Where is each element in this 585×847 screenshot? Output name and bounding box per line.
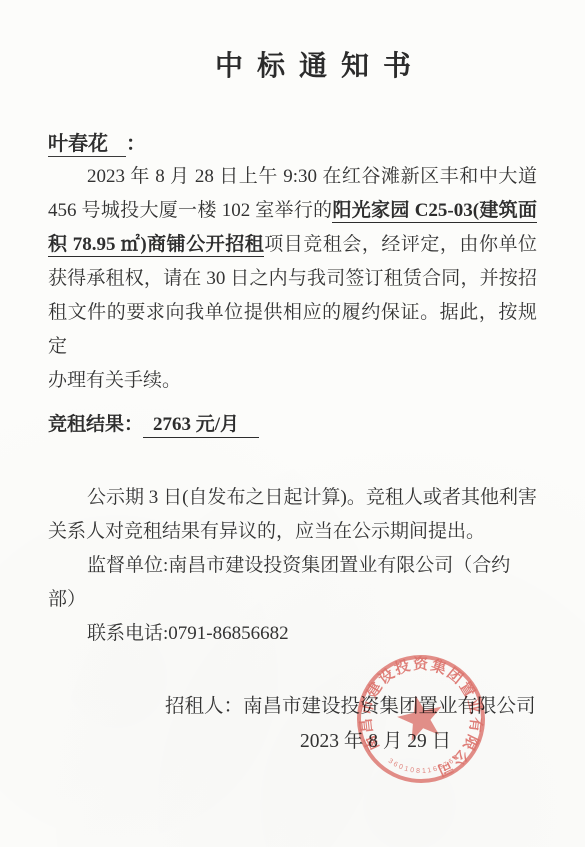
supervisor-line: 监督单位:南昌市建设投资集团置业有限公司（合约部） xyxy=(48,549,537,617)
body-line-3: 积 78.95 ㎡)商铺公开招租项目竞租会，经评定，由你单位 xyxy=(48,228,537,262)
seal-star-icon xyxy=(393,690,447,743)
rent-result-label: 竞租结果： xyxy=(48,414,143,435)
rent-result-line: 竞租结果：2763 元/月 xyxy=(48,408,537,442)
body-line-2-normal: 456 号城投大厦一楼 102 室举行的 xyxy=(48,200,332,221)
rent-result-value: 2763 元/月 xyxy=(143,414,259,438)
document-title: 中标通知书 xyxy=(215,52,425,82)
body-line-3-emphasis: 积 78.95 ㎡)商铺公开招租 xyxy=(48,234,264,257)
recipient-line: 叶春花： xyxy=(48,127,537,161)
recipient-name: 叶春花 xyxy=(48,133,126,157)
company-seal-stamp: 南昌市建设投资集团置业有限公司 3601081165760 xyxy=(336,634,506,804)
body-line-5: 租文件的要求向我单位提供相应的履约保证。据此，按规定 xyxy=(48,296,537,364)
body-line-4: 获得承租权，请在 30 日之内与我司签订租赁合同，并按招 xyxy=(48,262,537,296)
publicity-line-1: 公示期 3 日(自发布之日起计算)。竞租人或者其他利害 xyxy=(48,481,537,515)
recipient-colon: ： xyxy=(126,133,146,155)
notice-document: 中标通知书 叶春花： 2023 年 8 月 28 日上午 9:30 在红谷滩新区… xyxy=(0,0,585,847)
body-line-3-normal: 项目竞租会，经评定，由你单位 xyxy=(264,234,537,255)
body-line-1: 2023 年 8 月 28 日上午 9:30 在红谷滩新区丰和中大道 xyxy=(48,160,537,194)
body-line-2-emphasis: 阳光家园 C25-03(建筑面 xyxy=(332,200,537,223)
body-paragraph: 2023 年 8 月 28 日上午 9:30 在红谷滩新区丰和中大道 456 号… xyxy=(48,160,537,398)
body-line-2: 456 号城投大厦一楼 102 室举行的阳光家园 C25-03(建筑面 xyxy=(48,194,537,228)
publicity-line-2: 关系人对竞租结果有异议的，应当在公示期间提出。 xyxy=(48,515,537,549)
publicity-paragraph: 公示期 3 日(自发布之日起计算)。竞租人或者其他利害 关系人对竞租结果有异议的… xyxy=(48,481,537,651)
seal-group: 南昌市建设投资集团置业有限公司 3601081165760 xyxy=(336,634,506,804)
body-line-6: 办理有关手续。 xyxy=(48,364,537,398)
